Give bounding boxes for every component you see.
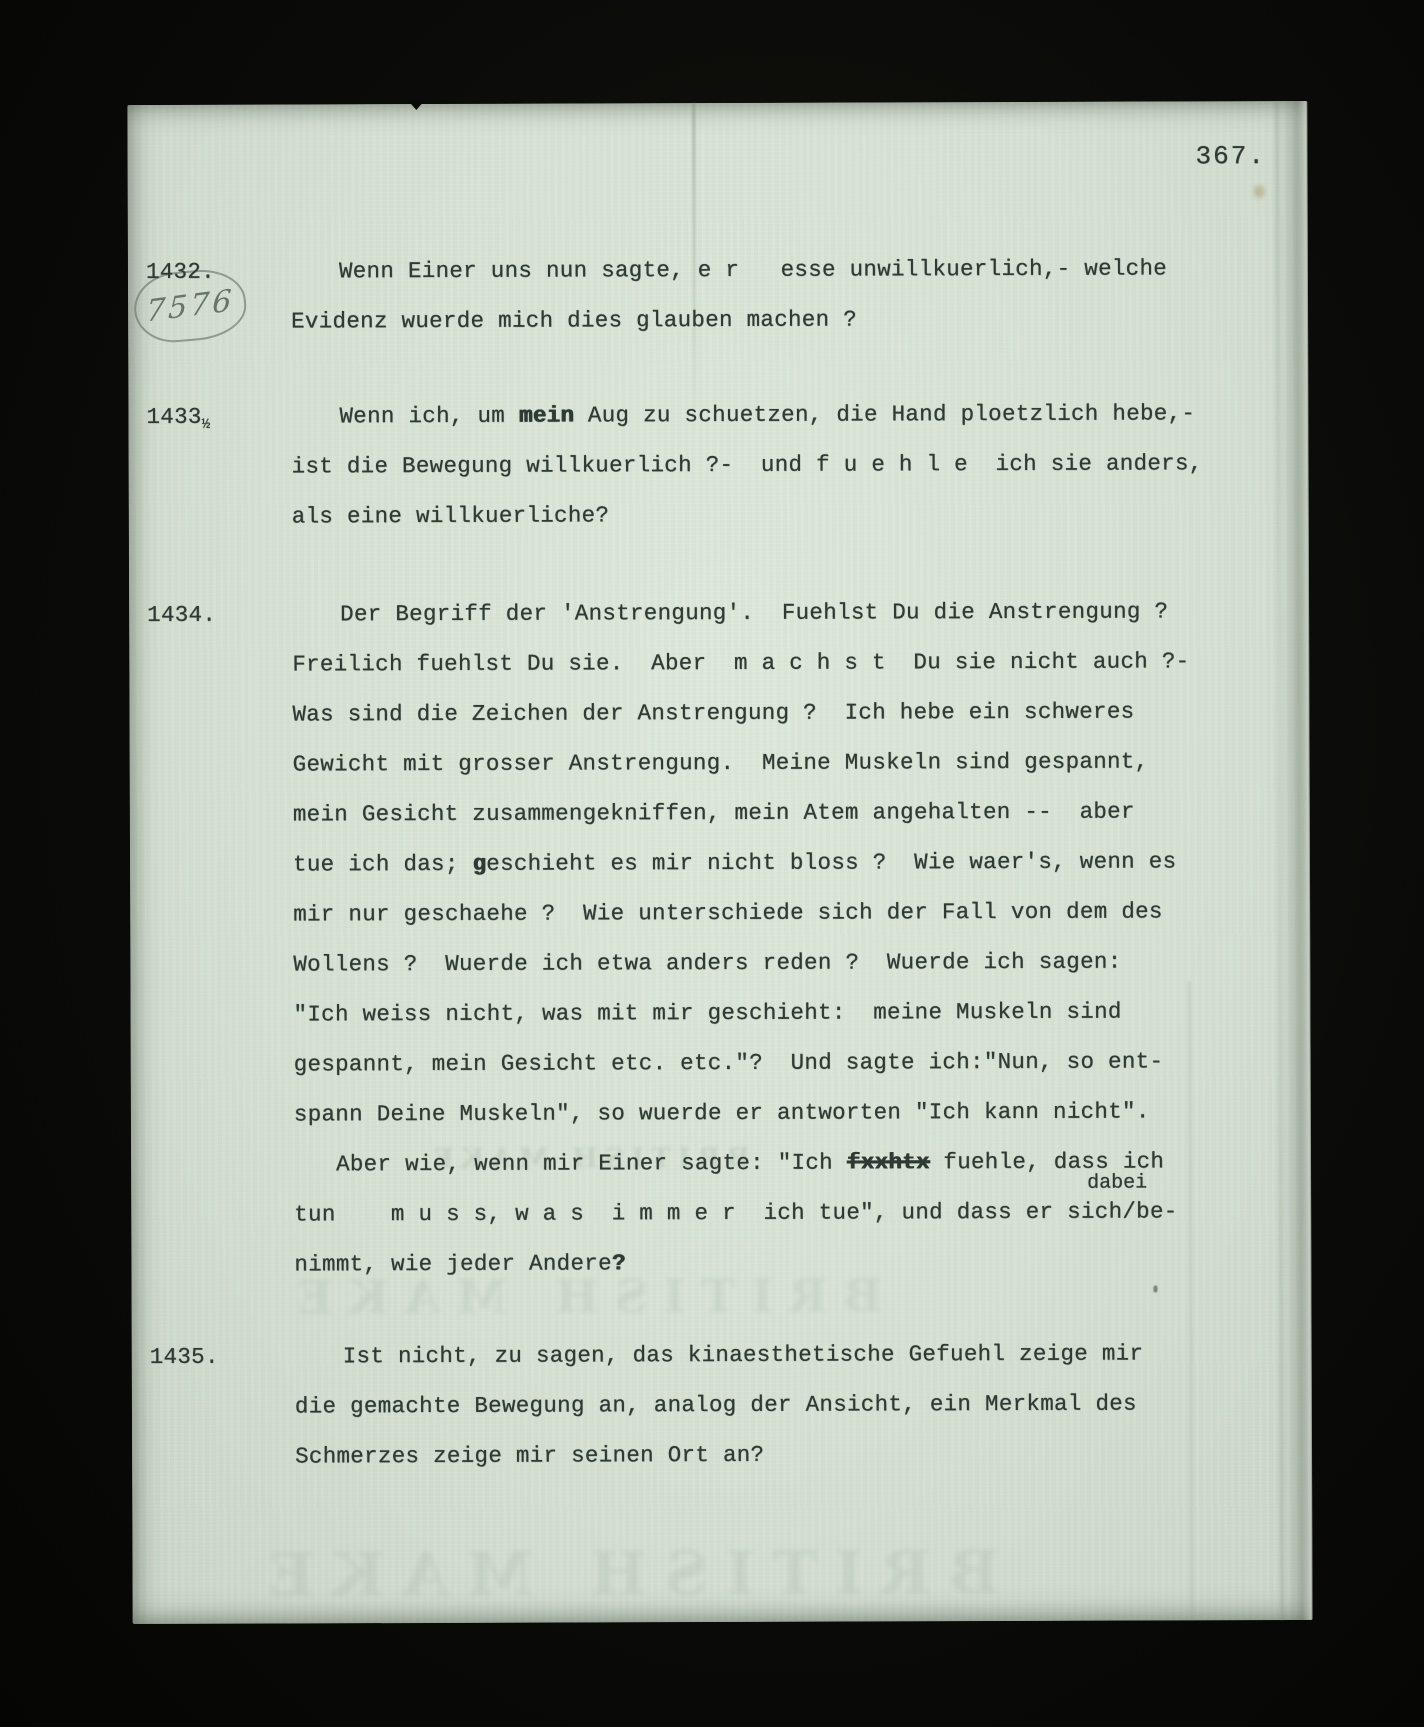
papermark-showthrough-large: BRITISH MAKE [250, 1538, 999, 1611]
remark-number: 1435. [150, 1332, 290, 1382]
typed-line: Gewicht mit grosser Anstrengung. Meine M… [293, 736, 1233, 789]
typed-line: mir nur geschaehe ? Wie unterschiede sic… [293, 886, 1233, 939]
struck-out-word: fxxhtx [847, 1149, 930, 1175]
overtyped-letter: g [472, 851, 486, 877]
typed-line: Der Begriff der 'Anstrengung'. Fuehlst D… [292, 586, 1232, 639]
stray-ink-mark [1153, 1285, 1157, 1292]
typed-line: Evidenz wuerde mich dies glauben machen … [291, 293, 1231, 346]
paper-edge-notch [409, 102, 423, 110]
typed-line: ist die Bewegung willkuerlich ?- und f u… [292, 438, 1232, 491]
paper-stain [1254, 185, 1265, 198]
typed-line: mein Gesicht zusammengekniffen, mein Ate… [293, 786, 1233, 839]
overtyped-word: mein [519, 403, 574, 429]
typed-line: Wenn Einer uns nun sagte, e r esse unwil… [291, 243, 1231, 296]
interlinear-insertion: dabei [1087, 1174, 1147, 1194]
typed-line: Freilich fuehlst Du sie. Aber m a c h s … [292, 636, 1232, 689]
remark-number-fraction: ½ [202, 417, 210, 433]
typed-line: "Ich weiss nicht, was mit mir geschieht:… [293, 986, 1233, 1039]
paper-crease [1275, 101, 1283, 1620]
typed-line: nimmt, wie jeder Andere? [294, 1236, 1234, 1289]
remark-number: 1434. [147, 590, 287, 640]
typed-line: Wenn ich, um mein Aug zu schuetzen, die … [291, 388, 1231, 441]
typed-line: als eine willkuerliche? [292, 488, 1232, 541]
typed-line: gespannt, mein Gesicht etc. etc."? Und s… [294, 1036, 1234, 1089]
remark-number: 1432. [146, 247, 286, 297]
overtyped-question-mark: ? [612, 1250, 626, 1276]
manuscript-page: BRITISH MAKE BRITISH MAKE BRITISH MAKE 3… [127, 101, 1312, 1624]
remark-number: 1433½ [146, 392, 286, 450]
typed-line: spann Deine Muskeln", so wuerde er antwo… [294, 1086, 1234, 1139]
remark-1433: 1433½ Wenn ich, um mein Aug zu schuetzen… [291, 388, 1232, 541]
typed-line: Was sind die Zeichen der Anstrengung ? I… [292, 686, 1232, 739]
page-number: 367. [1195, 141, 1266, 171]
typed-line: tue ich das; geschieht es mir nicht blos… [293, 836, 1233, 889]
remark-1432: 1432. Wenn Einer uns nun sagte, e r esse… [291, 243, 1231, 346]
remark-1435: 1435. Ist nicht, zu sagen, das kinaesthe… [295, 1328, 1236, 1481]
typed-line: die gemachte Bewegung an, analog der Ans… [295, 1378, 1235, 1431]
typed-line: Wollens ? Wuerde ich etwa anders reden ?… [293, 936, 1233, 989]
typed-line: Ist nicht, zu sagen, das kinaesthetische… [295, 1328, 1235, 1381]
typed-line: Schmerzes zeige mir seinen Ort an? [295, 1428, 1235, 1481]
